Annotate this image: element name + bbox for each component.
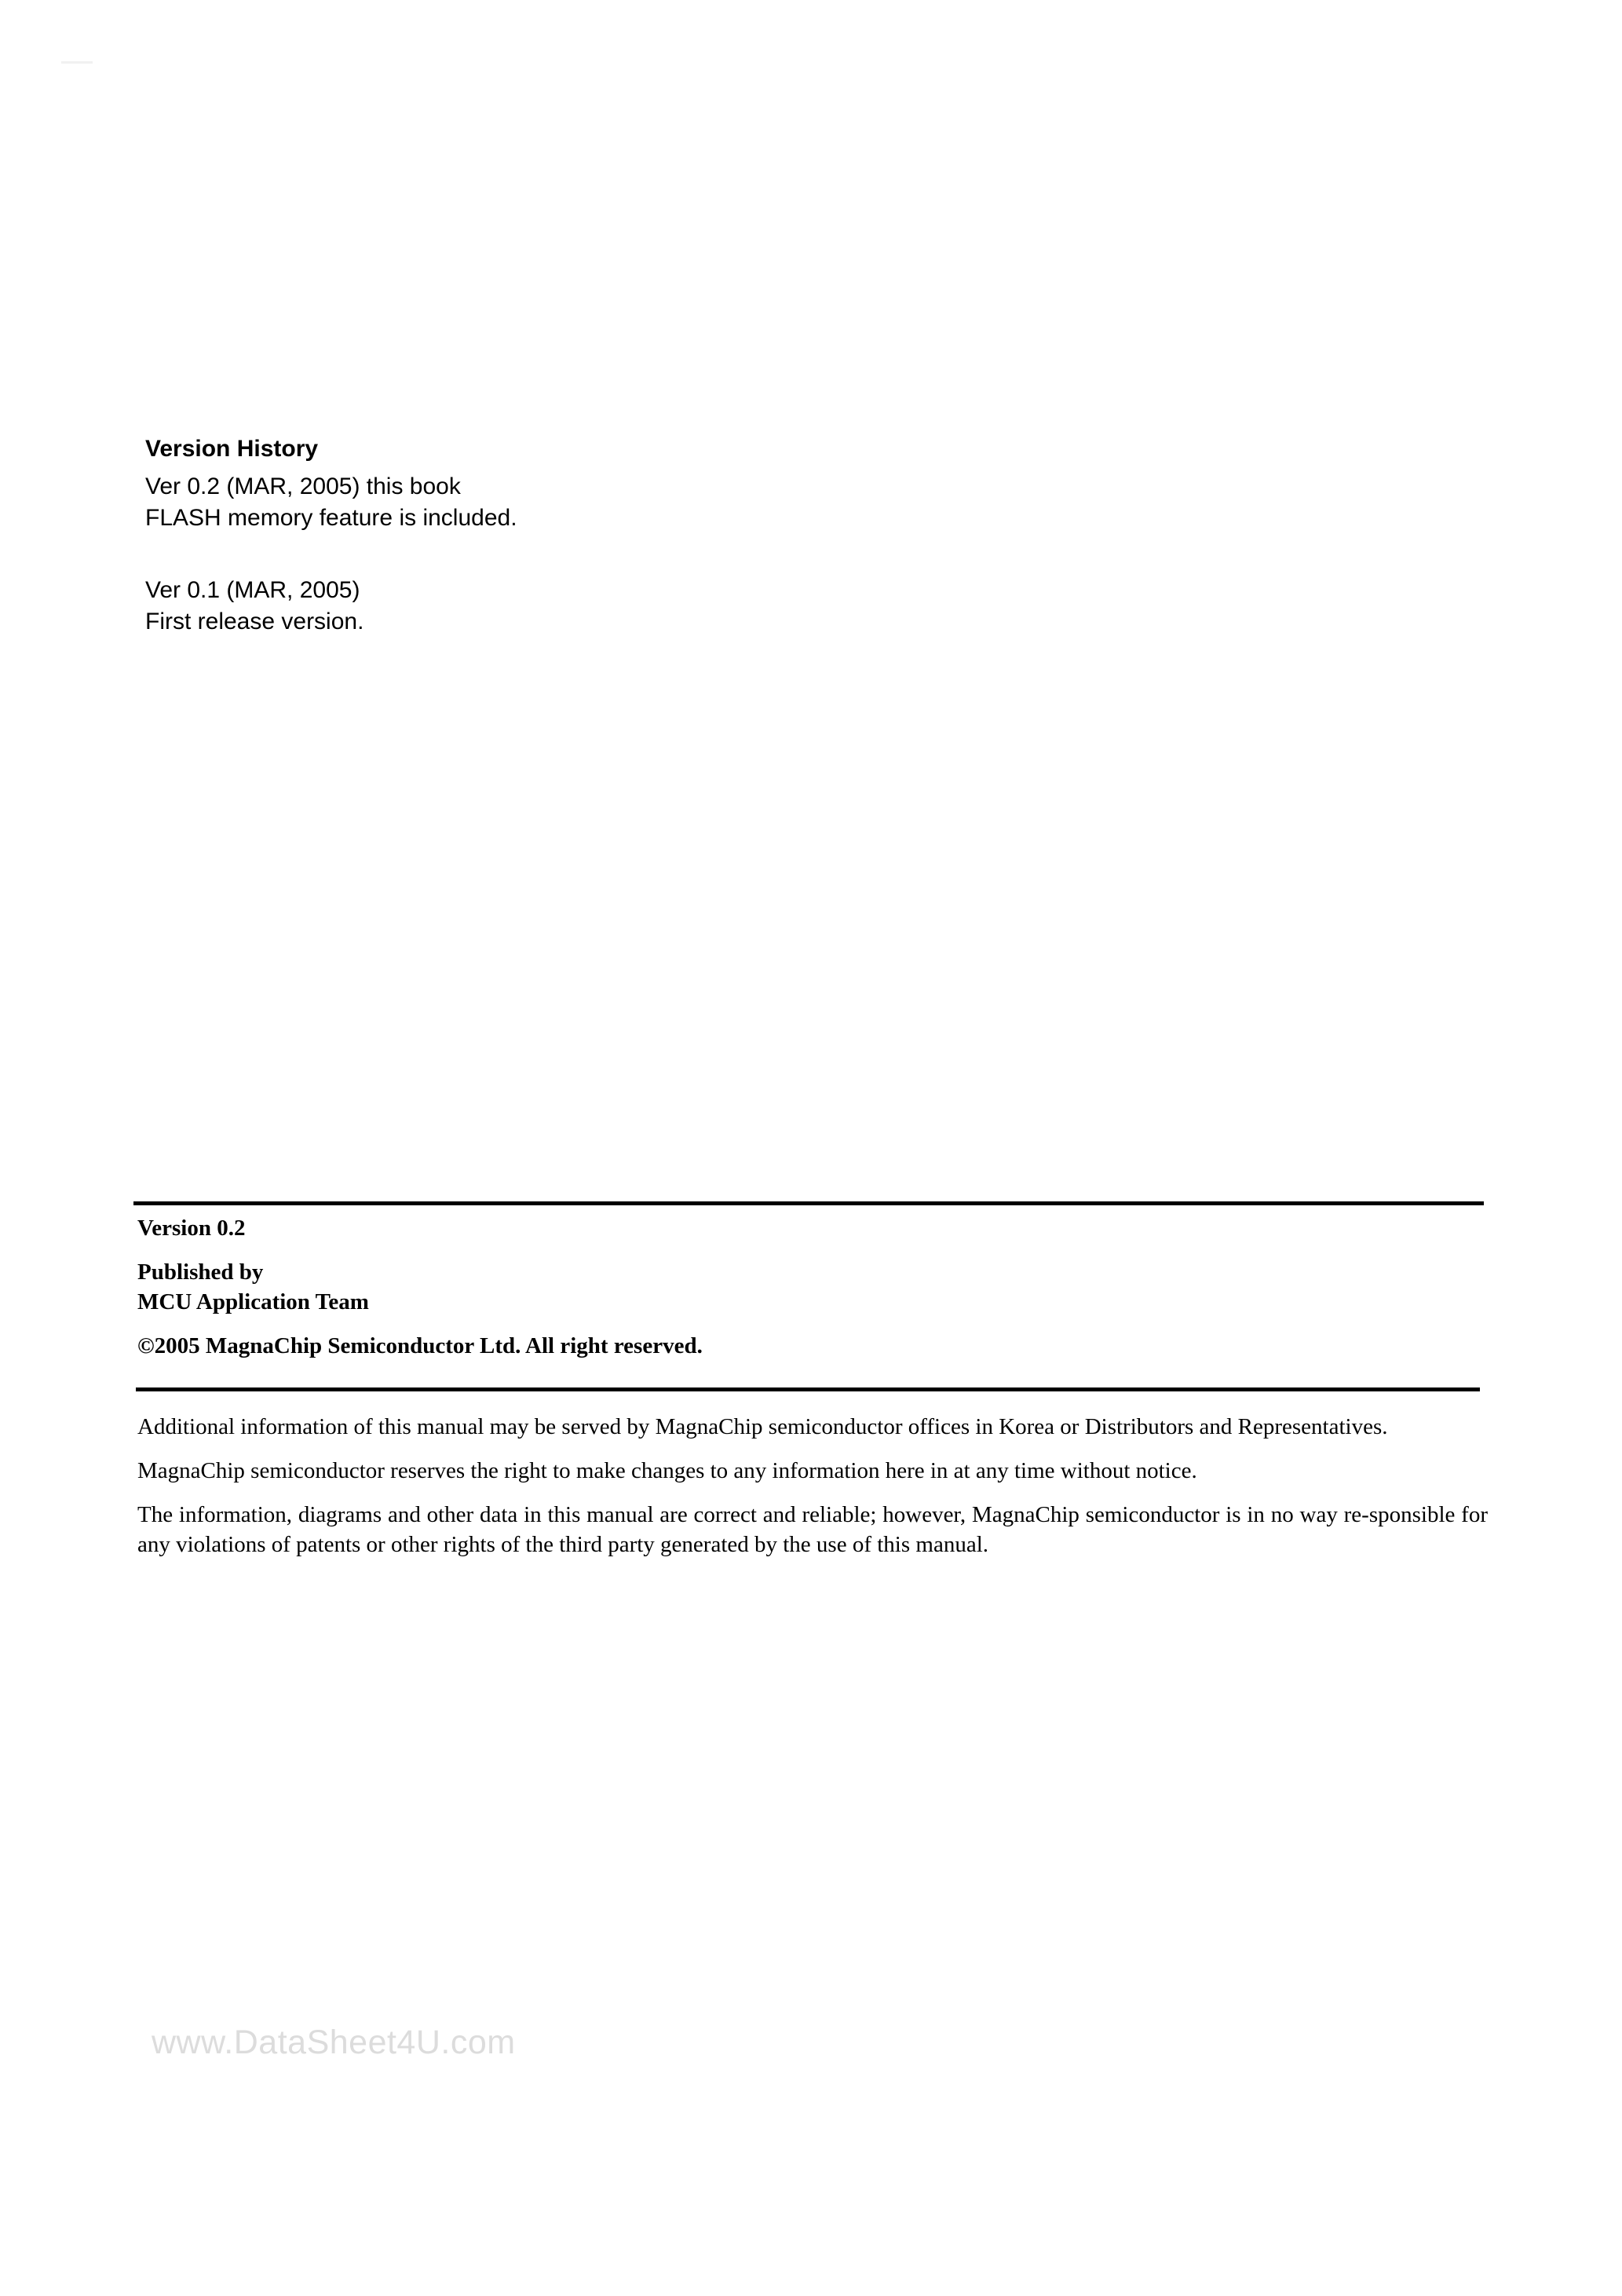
version-history-section: Version History Ver 0.2 (MAR, 2005) this…: [145, 430, 517, 678]
notice-paragraph: The information, diagrams and other data…: [137, 1500, 1488, 1559]
version-entry-description: First release version.: [145, 606, 517, 638]
version-history-title: Version History: [145, 430, 517, 468]
copyright-notice: ©2005 MagnaChip Semiconductor Ltd. All r…: [137, 1331, 703, 1361]
notice-paragraph: MagnaChip semiconductor reserves the rig…: [137, 1456, 1488, 1486]
faint-scan-mark: [61, 61, 93, 64]
bottom-divider: [136, 1387, 1480, 1391]
document-version: Version 0.2: [137, 1213, 703, 1243]
version-entry: Ver 0.2 (MAR, 2005) this book FLASH memo…: [145, 471, 517, 534]
version-entry-heading: Ver 0.2 (MAR, 2005) this book: [145, 471, 517, 503]
published-by-label: Published by: [137, 1257, 703, 1287]
version-entry-heading: Ver 0.1 (MAR, 2005): [145, 575, 517, 606]
version-entry: Ver 0.1 (MAR, 2005) First release versio…: [145, 575, 517, 638]
publisher-team: MCU Application Team: [137, 1287, 703, 1317]
legal-notices: Additional information of this manual ma…: [137, 1412, 1488, 1574]
top-divider: [133, 1201, 1484, 1205]
publication-info: Version 0.2 Published by MCU Application…: [137, 1213, 703, 1361]
watermark-link[interactable]: www.DataSheet4U.com: [152, 2024, 516, 2062]
notice-paragraph: Additional information of this manual ma…: [137, 1412, 1488, 1442]
version-entry-description: FLASH memory feature is included.: [145, 503, 517, 534]
